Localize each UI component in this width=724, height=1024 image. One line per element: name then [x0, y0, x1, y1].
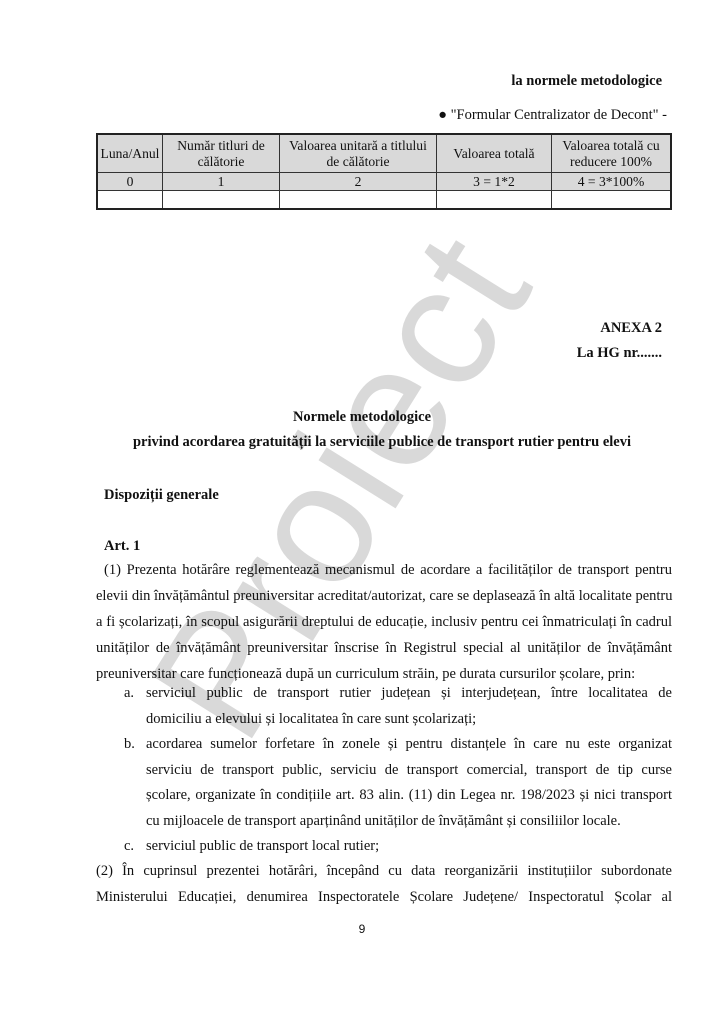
- table-header-cell: Valoarea totală: [437, 134, 552, 173]
- list-item: a. serviciul public de transport rutier …: [124, 681, 672, 732]
- table-cell: 2: [280, 173, 437, 191]
- text-line: unităților de învățământ preuniversitar …: [96, 635, 672, 661]
- table-cell: 0: [97, 173, 163, 191]
- list-item: c. serviciul public de transport local r…: [124, 834, 672, 860]
- form-title-text: "Formular Centralizator de Decont" -: [451, 107, 667, 123]
- text-line: Ministerului Educației, denumirea Inspec…: [96, 884, 672, 910]
- table-cell: [163, 191, 280, 210]
- table-cell: [552, 191, 672, 210]
- document-page: Proiect la normele metodologice ● "Formu…: [0, 0, 724, 1024]
- text-line: serviciul public de transport rutier jud…: [146, 681, 672, 707]
- table-header-cell: Valoarea unitară a titlului de călătorie: [280, 134, 437, 173]
- table-header-row: Luna/Anul Număr titluri de călătorie Val…: [97, 134, 671, 173]
- table-cell: [97, 191, 163, 210]
- table-cell: [280, 191, 437, 210]
- list-label: c.: [124, 834, 134, 860]
- table-cell: 1: [163, 173, 280, 191]
- paragraph-2: (2) În cuprinsul prezentei hotărâri, înc…: [96, 858, 672, 910]
- paragraph-1: (1) Prezenta hotărâre reglementează meca…: [96, 557, 672, 687]
- page-content: la normele metodologice ● "Formular Cent…: [0, 0, 724, 1024]
- table-cell: [437, 191, 552, 210]
- text-line: serviciu de transport public, serviciu d…: [146, 758, 672, 784]
- bullet-icon: ●: [438, 107, 447, 123]
- table-row: 0 1 2 3 = 1*2 4 = 3*100%: [97, 173, 671, 191]
- list-item: b. acordarea sumelor forfetare în zonele…: [124, 732, 672, 834]
- annex-label: ANEXA 2: [600, 320, 662, 337]
- text-line: domiciliu a elevului și localitatea în c…: [146, 707, 672, 733]
- text-line: (2) În cuprinsul prezentei hotărâri, înc…: [96, 858, 672, 884]
- list-label: b.: [124, 732, 135, 758]
- text-line: acordarea sumelor forfetare în zonele și…: [146, 732, 672, 758]
- text-line: elevii din învățământul preuniversitar a…: [96, 583, 672, 609]
- page-number: 9: [0, 922, 724, 936]
- table-header-cell: Număr titluri de călătorie: [163, 134, 280, 173]
- section-heading: Dispoziții generale: [104, 487, 219, 504]
- table-cell: 3 = 1*2: [437, 173, 552, 191]
- table-cell: 4 = 3*100%: [552, 173, 672, 191]
- hg-reference: La HG nr.......: [577, 345, 662, 362]
- text-line: cu mijloacele de transport aparținând un…: [146, 809, 672, 835]
- article-label: Art. 1: [104, 538, 140, 555]
- annex-reference: la normele metodologice: [511, 73, 662, 90]
- table-header-cell: Luna/Anul: [97, 134, 163, 173]
- table-row: [97, 191, 671, 210]
- document-subtitle: privind acordarea gratuității la servici…: [0, 434, 724, 451]
- document-title: Normele metodologice: [0, 409, 724, 426]
- text-line: (1) Prezenta hotărâre reglementează meca…: [96, 557, 672, 583]
- text-line: școlare, organizate în condițiile art. 8…: [146, 783, 672, 809]
- table-header-cell: Valoarea totală cu reducere 100%: [552, 134, 672, 173]
- text-line: serviciul public de transport local ruti…: [146, 834, 672, 860]
- text-line: a fi școlarizați, în scopul asigurării d…: [96, 609, 672, 635]
- decont-table: Luna/Anul Număr titluri de călătorie Val…: [96, 133, 672, 210]
- list-label: a.: [124, 681, 134, 707]
- form-title: ● "Formular Centralizator de Decont" -: [438, 107, 667, 124]
